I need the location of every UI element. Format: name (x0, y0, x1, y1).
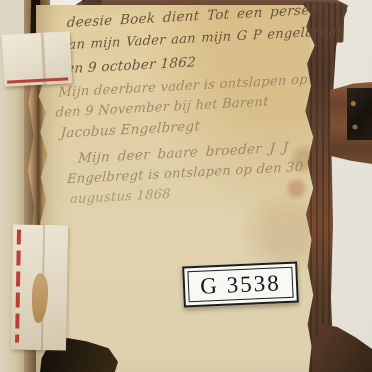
tape-stain (30, 272, 49, 323)
inscription-line-4: Mijn deerbare vader is ontslapen op (58, 72, 308, 100)
repair-tape-bottom (11, 225, 68, 351)
photo-old-book-flyleaf: deesie Boek dient Tot een persent Van mi… (0, 0, 372, 372)
inscription-line-6: Jacobus Engelbregt (60, 118, 200, 141)
tape-fold-line (41, 33, 47, 85)
clasp-metal-fitting (347, 88, 372, 140)
handwritten-inscription: deesie Boek dient Tot een persent Van mi… (48, 0, 339, 223)
inscription-line-9: augustus 1868 (70, 187, 172, 207)
inventory-label-text: G 3538 (187, 267, 293, 303)
inventory-label: G 3538 (182, 262, 299, 308)
inscription-line-3: den 9 october 1862 (57, 54, 197, 77)
tape-red-dashed-stripe (15, 230, 21, 343)
repair-tape-top (2, 31, 73, 86)
tape-red-stripe (7, 77, 68, 83)
